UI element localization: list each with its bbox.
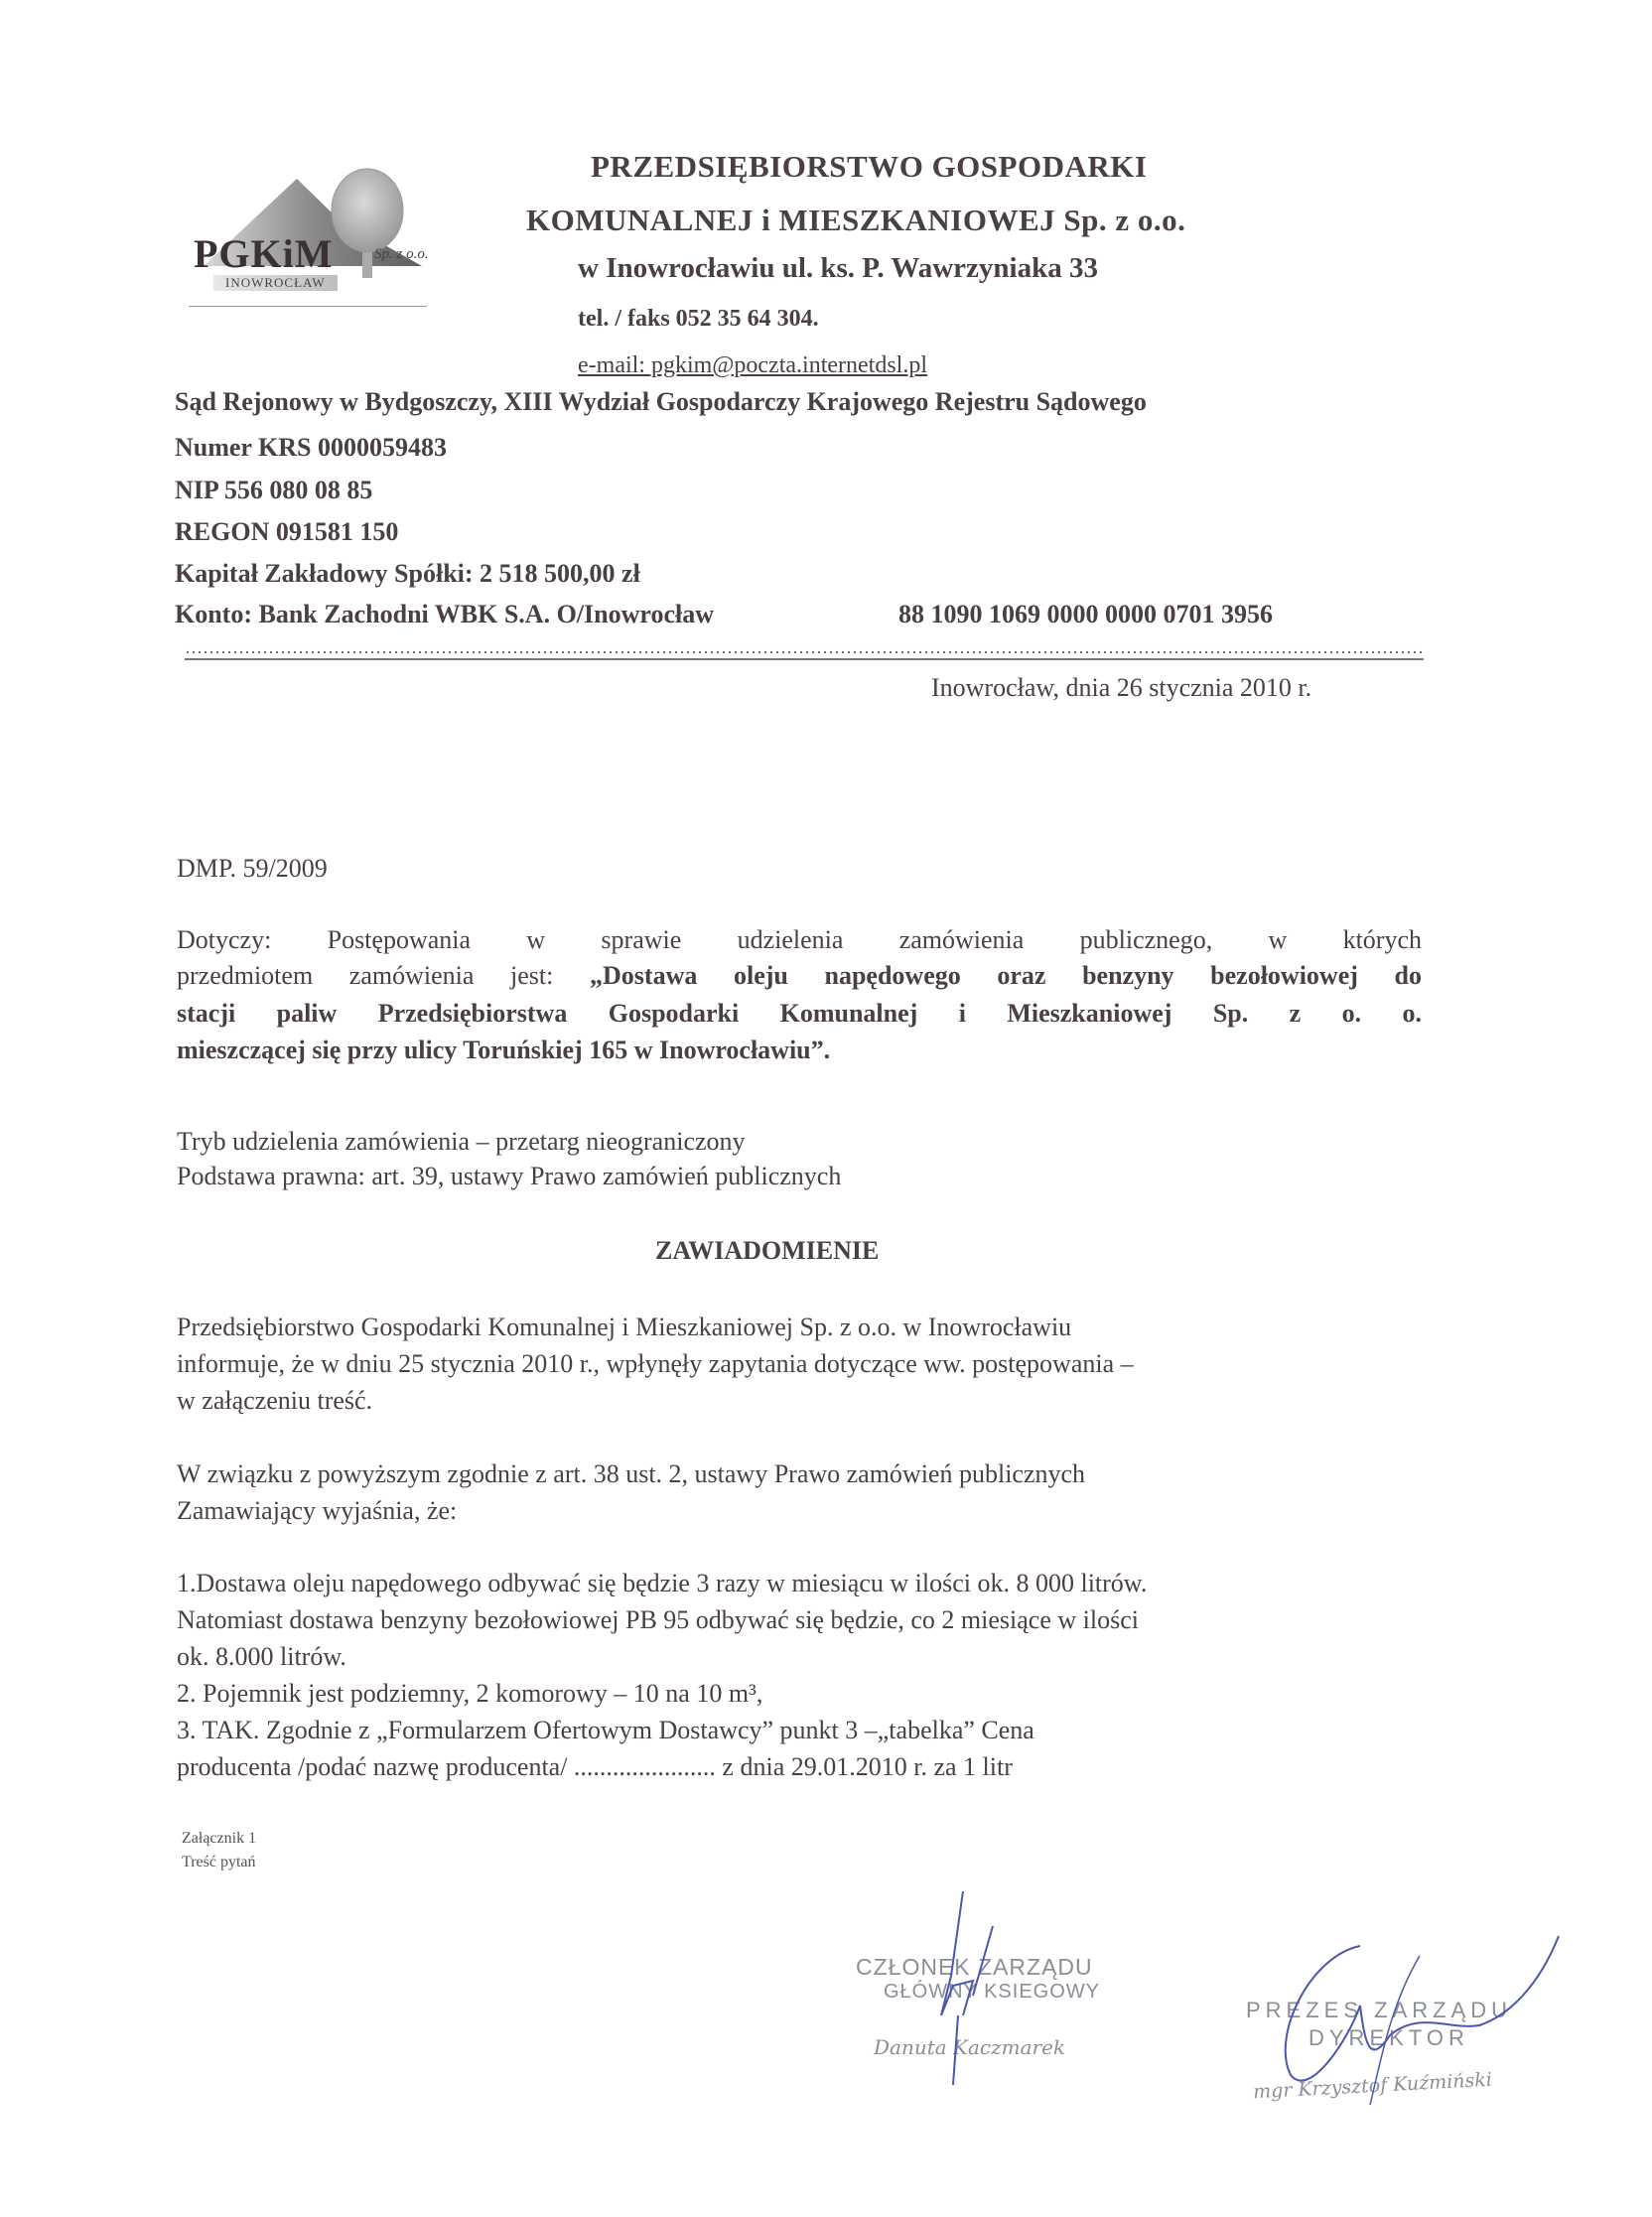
- paragraph-1-line-3: w załączeniu treść.: [177, 1386, 372, 1416]
- paragraph-2-line-2: Zamawiający wyjaśnia, że:: [177, 1496, 457, 1526]
- company-email-link[interactable]: e-mail: pgkim@poczta.internetdsl.pl: [578, 352, 927, 379]
- subject-title-start: „Dostawa oleju napędowego oraz benzyny b…: [590, 961, 1422, 990]
- signature-1-icon: [933, 1886, 1052, 2095]
- subject-line-2: przedmiotem zamówienia jest: „Dostawa ol…: [177, 959, 1422, 993]
- subject-line-1: Dotyczy: Postępowania w sprawie udzielen…: [177, 923, 1422, 957]
- bank-account-name: Konto: Bank Zachodni WBK S.A. O/Inowrocł…: [175, 600, 714, 629]
- procedure-mode: Tryb udzielenia zamówienia – przetarg ni…: [177, 1127, 746, 1157]
- logo-underline: [189, 306, 427, 307]
- nip-number: NIP 556 080 08 85: [175, 476, 372, 505]
- logo-city-text: INOWROCŁAW: [213, 275, 338, 291]
- answer-line-1: 1.Dostawa oleju napędowego odbywać się b…: [177, 1569, 1147, 1598]
- paragraph-1-line-1: Przedsiębiorstwo Gospodarki Komunalnej i…: [177, 1313, 1071, 1342]
- logo-main-text: PGKiM: [194, 230, 334, 277]
- paragraph-2-line-1: W związku z powyższym zgodnie z art. 38 …: [177, 1459, 1085, 1489]
- company-phone: tel. / faks 052 35 64 304.: [578, 306, 819, 333]
- legal-basis: Podstawa prawna: art. 39, ustawy Prawo z…: [177, 1162, 841, 1191]
- signature-2-icon: [1251, 1916, 1569, 2115]
- krs-number: Numer KRS 0000059483: [175, 433, 447, 463]
- header-separator: [185, 650, 1424, 660]
- company-logo: PGKiM INOWROCŁAW Sp. z o.o.: [194, 149, 432, 308]
- logo-suffix: Sp. z o.o.: [374, 246, 429, 263]
- document-date: Inowrocław, dnia 26 stycznia 2010 r.: [931, 673, 1311, 703]
- attachment-label: Załącznik 1: [182, 1830, 256, 1848]
- share-capital: Kapitał Zakładowy Spółki: 2 518 500,00 z…: [175, 559, 640, 589]
- answer-line-2: Natomiast dostawa benzyny bezołowiowej P…: [177, 1605, 1139, 1635]
- company-name-line1: PRZEDSIĘBIORSTWO GOSPODARKI: [591, 149, 1147, 185]
- company-name-line2: KOMUNALNEJ i MIESZKANIOWEJ Sp. z o.o.: [526, 203, 1185, 238]
- answer-line-3: ok. 8.000 litrów.: [177, 1642, 346, 1672]
- company-address: w Inowrocławiu ul. ks. P. Wawrzyniaka 33: [578, 252, 1098, 285]
- bank-account-number: 88 1090 1069 0000 0000 0701 3956: [898, 600, 1273, 629]
- document-title: ZAWIADOMIENIE: [655, 1236, 879, 1266]
- answer-line-6: producenta /podać nazwę producenta/ ....…: [177, 1752, 1013, 1782]
- answer-line-4: 2. Pojemnik jest podziemny, 2 komorowy –…: [177, 1679, 762, 1709]
- regon-number: REGON 091581 150: [175, 517, 398, 547]
- attachment-name: Treść pytań: [182, 1854, 256, 1871]
- subject-line-3: stacji paliw Przedsiębiorstwa Gospodarki…: [177, 997, 1422, 1031]
- answer-line-5: 3. TAK. Zgodnie z „Formularzem Ofertowym…: [177, 1716, 1034, 1745]
- court-registration: Sąd Rejonowy w Bydgoszczy, XIII Wydział …: [175, 387, 1147, 417]
- subject-intro: przedmiotem zamówienia jest:: [177, 961, 590, 990]
- subject-line-4: mieszczącej się przy ulicy Toruńskiej 16…: [177, 1036, 830, 1065]
- paragraph-1-line-2: informuje, że w dniu 25 stycznia 2010 r.…: [177, 1349, 1134, 1379]
- reference-number: DMP. 59/2009: [177, 854, 328, 884]
